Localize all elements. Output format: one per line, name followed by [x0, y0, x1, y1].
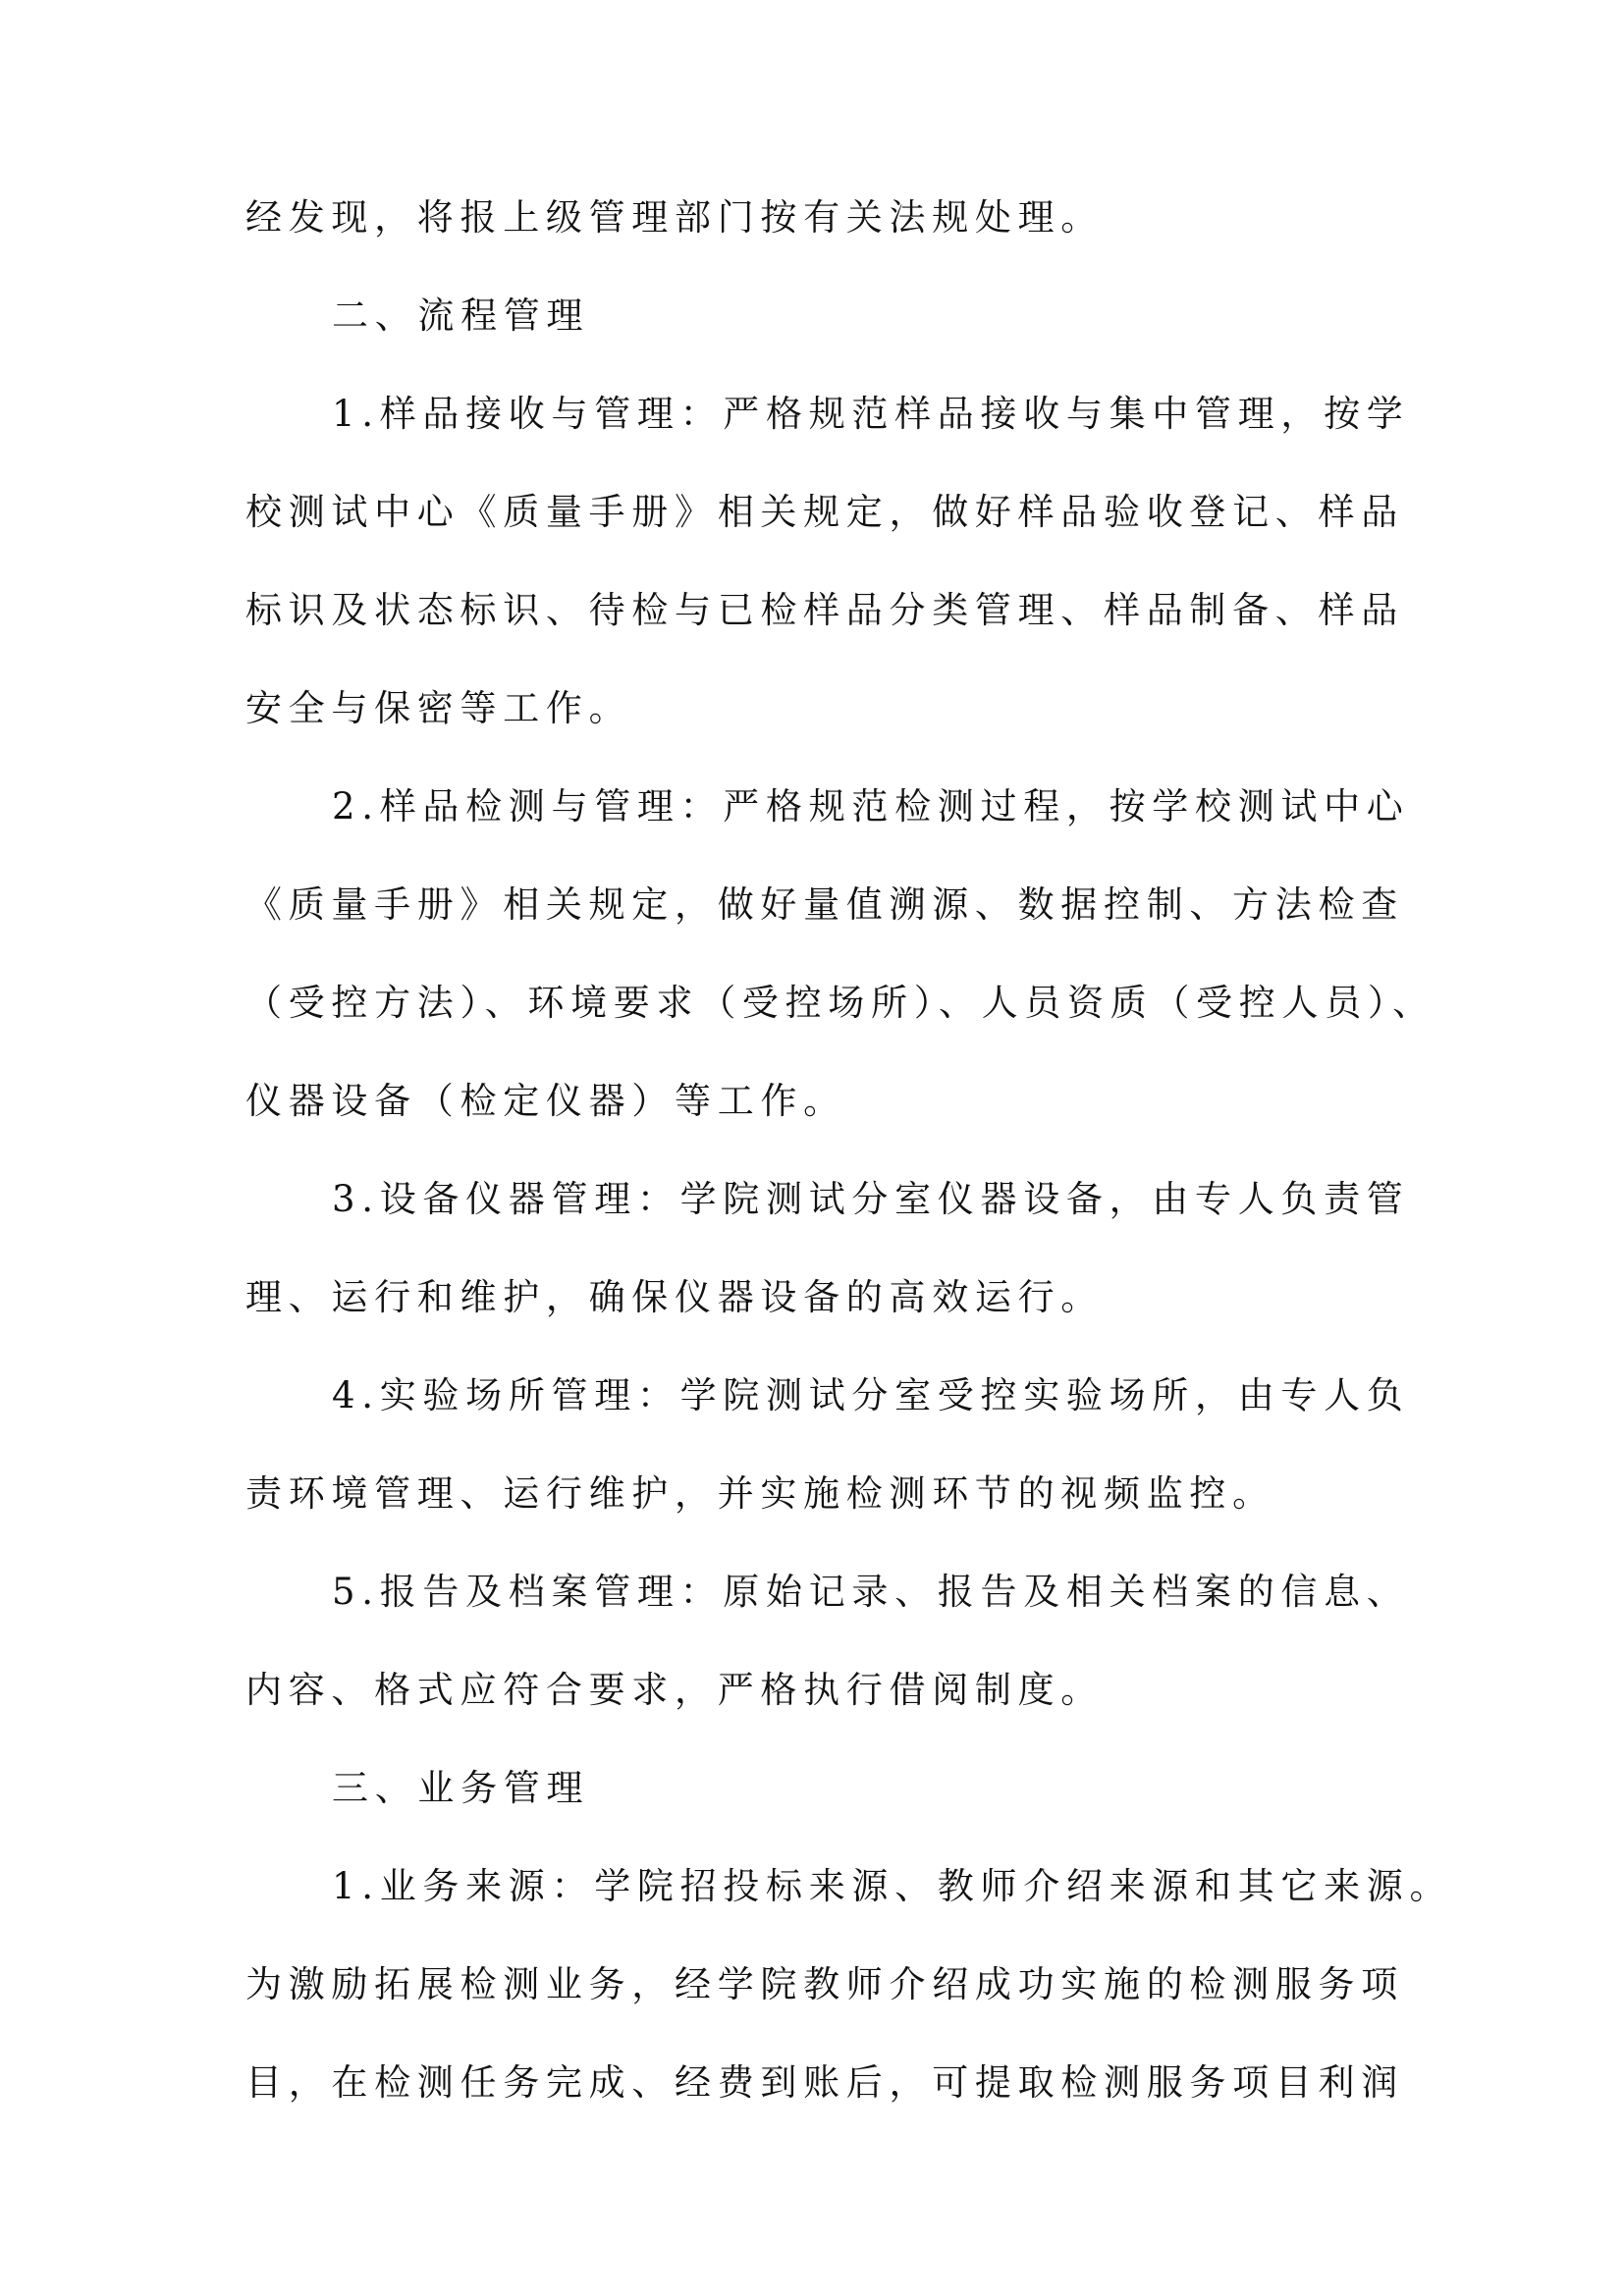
- item-business-source-line-1: 1.业务来源：学院招投标来源、教师介绍来源和其它来源。: [332, 1865, 1452, 1908]
- item-sample-testing-line-3: （受控方法）、环境要求（受控场所）、人员资质（受控人员）、: [245, 982, 1435, 1025]
- item-equipment-line-1: 3.设备仪器管理：学院测试分室仪器设备，由专人负责管: [332, 1178, 1410, 1221]
- document-page: 经发现，将报上级管理部门按有关法规处理。 二、流程管理 1.样品接收与管理：严格…: [0, 0, 1624, 2296]
- item-lab-site-line-1: 4.实验场所管理：学院测试分室受控实验场所，由专人负: [332, 1374, 1410, 1417]
- item-sample-testing-line-1: 2.样品检测与管理：严格规范检测过程，按学校测试中心: [332, 785, 1410, 828]
- item-equipment-line-2: 理、运行和维护，确保仪器设备的高效运行。: [245, 1276, 1104, 1319]
- item-sample-receipt-line-1: 1.样品接收与管理：严格规范样品接收与集中管理，按学: [332, 393, 1410, 436]
- item-lab-site-line-2: 责环境管理、运行维护，并实施检测环节的视频监控。: [245, 1472, 1275, 1516]
- item-report-archive-line-2: 内容、格式应符合要求，严格执行借阅制度。: [245, 1669, 1104, 1712]
- item-sample-testing-line-2: 《质量手册》相关规定，做好量值溯源、数据控制、方法检查: [245, 883, 1404, 927]
- item-report-archive-line-1: 5.报告及档案管理：原始记录、报告及相关档案的信息、: [332, 1571, 1410, 1614]
- item-business-source-line-2: 为激励拓展检测业务，经学院教师介绍成功实施的检测服务项: [245, 1963, 1404, 2006]
- section-heading-business-management: 三、业务管理: [332, 1767, 589, 1810]
- item-sample-receipt-line-4: 安全与保密等工作。: [245, 687, 631, 730]
- item-sample-testing-line-4: 仪器设备（检定仪器）等工作。: [245, 1080, 846, 1123]
- item-business-source-line-3: 目，在检测任务完成、经费到账后，可提取检测服务项目利润: [245, 2061, 1404, 2105]
- item-sample-receipt-line-2: 校测试中心《质量手册》相关规定，做好样品验收登记、样品: [245, 491, 1404, 534]
- item-sample-receipt-line-3: 标识及状态标识、待检与已检样品分类管理、样品制备、样品: [245, 589, 1404, 632]
- section-heading-process-management: 二、流程管理: [332, 294, 589, 338]
- paragraph-continuation-line: 经发现，将报上级管理部门按有关法规处理。: [245, 196, 1104, 240]
